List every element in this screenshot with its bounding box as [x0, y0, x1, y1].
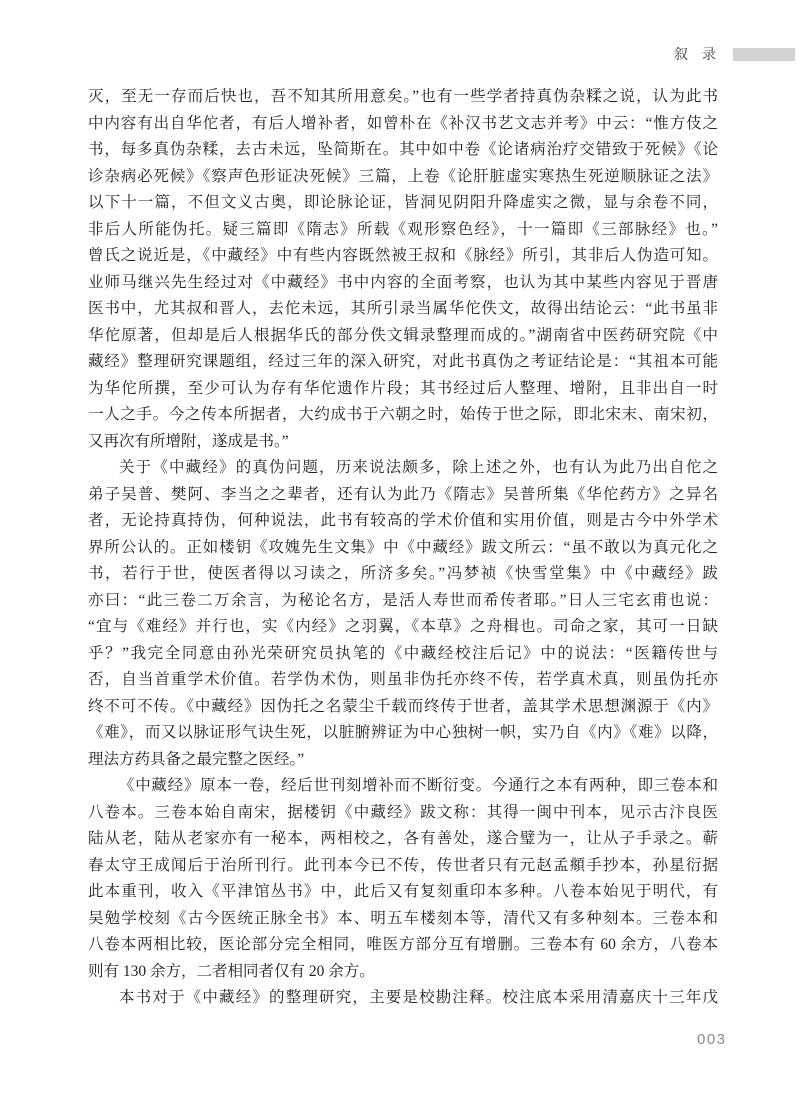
page-header: 叙 录 [674, 44, 795, 64]
text-line: 灭，至无一存而后快也，吾不知其所用意矣。”也有一些学者持真伪杂糅之说，认为此书 [88, 84, 718, 111]
text-line: 弟子吴普、樊阿、李当之之辈者，还有认为此乃《隋志》吴普所集《华佗药方》之异名 [88, 482, 718, 509]
text-line: 关于《中藏经》的真伪问题，历来说法颇多，除上述之外，也有认为此乃出自佗之 [88, 455, 718, 482]
text-line: 藏经》整理研究课题组，经过三年的深入研究，对此书真伪之考证结论是：“其祖本可能 [88, 349, 718, 376]
text-line: 非后人所能伪托。疑三篇即《隋志》所载《观形察色经》，十一篇即《三部脉经》也。” [88, 217, 718, 244]
text-line: “宜与《难经》并行也，实《内经》之羽翼，《本草》之舟楫也。司命之家，其可一日缺 [88, 614, 718, 641]
text-line: 乎？”我完全同意由孙光荣研究员执笔的《中藏经校注后记》中的说法：“医籍传世与 [88, 641, 718, 668]
text-line: 《难》，而又以脉证形气诀生死，以脏腑辨证为中心独树一帜，实乃自《内》《难》以降， [88, 720, 718, 747]
text-line: 本书对于《中藏经》的整理研究，主要是校勘注释。校注底本采用清嘉庆十三年戊 [88, 985, 718, 1012]
text-line: 陆从老，陆从老家亦有一秘本，两相校之，各有善处，遂合璧为一，让从子手录之。蕲 [88, 826, 718, 853]
text-line: 此本重刊，收入《平津馆丛书》中，此后又有复刻重印本多种。八卷本始见于明代，有 [88, 879, 718, 906]
text-line: 诊杂病必死候》《察声色形证决死候》三篇，上卷《论肝脏虚实寒热生死逆顺脉证之法》 [88, 164, 718, 191]
text-line: 吴勉学校刻《古今医统正脉全书》本、明五车楼刻本等，清代又有多种刻本。三卷本和 [88, 906, 718, 933]
text-line: 曾氏之说近是，《中藏经》中有些内容既然被王叔和《脉经》所引，其非后人伪造可知。 [88, 243, 718, 270]
text-line: 界所公认的。正如楼钥《攻媿先生文集》中《中藏经》跋文所云：“虽不敢以为真元化之 [88, 535, 718, 562]
text-line: 者，无论持真持伪，何种说法，此书有较高的学术价值和实用价值，则是古今中外学术 [88, 508, 718, 535]
text-line: 一人之手。今之传本所据者，大约成书于六朝之时，始传于世之际，即北宋末、南宋初， [88, 402, 718, 429]
page: 叙 录 灭，至无一存而后快也，吾不知其所用意矣。”也有一些学者持真伪杂糅之说，认… [0, 0, 800, 1097]
text-line: 否，自当首重学术价值。若学伪术伪，则虽非伪托亦终不传，若学真术真，则虽伪托亦 [88, 667, 718, 694]
text-line: 中内容有出自华佗者，有后人增补者，如曾朴在《补汉书艺文志并考》中云：“惟方伎之 [88, 111, 718, 138]
text-line: 理法方药具备之最完整之医经。” [88, 747, 718, 774]
text-line: 《中藏经》原本一卷，经后世刊刻增补而不断衍变。今通行之本有两种，即三卷本和 [88, 773, 718, 800]
text-line: 华佗原著，但却是后人根据华氏的部分佚文辑录整理而成的。”湖南省中医药研究院《中 [88, 323, 718, 350]
text-line: 以下十一篇，不但文义古奥，即论脉论证，皆洞见阴阳升降虚实之微，显与余卷不同， [88, 190, 718, 217]
text-line: 八卷本两相比较，医论部分完全相同，唯医方部分互有增删。三卷本有 60 余方，八卷… [88, 932, 718, 959]
text-line: 为华佗所撰，至少可认为存有华佗遗作片段；其书经过后人整理、增附，且非出自一时 [88, 376, 718, 403]
text-line: 业师马继兴先生经过对《中藏经》书中内容的全面考察，也认为其中某些内容见于晋唐 [88, 270, 718, 297]
header-title: 叙 录 [674, 44, 716, 64]
page-number: 003 [697, 1031, 727, 1048]
text-line: 亦曰：“此三卷二万余言，为秘论名方，是活人寿世而希传者耶。”日人三宅玄甫也说： [88, 588, 718, 615]
text-line: 书，每多真伪杂糅，去古未远，坠简斯在。其中如中卷《论诸病治疗交错致于死候》《论 [88, 137, 718, 164]
page-body: 灭，至无一存而后快也，吾不知其所用意矣。”也有一些学者持真伪杂糅之说，认为此书中… [88, 84, 718, 1012]
text-line: 医书中，尤其叔和晋人，去佗未远，其所引录当属华佗佚文，故得出结论云：“此书虽非 [88, 296, 718, 323]
header-accent-bar [733, 48, 795, 61]
text-line: 春太守王成闻后于治所刊行。此刊本今已不传，传世者只有元赵孟頫手抄本，孙星衍据 [88, 853, 718, 880]
text-line: 终不可不传。《中藏经》因伪托之名蒙尘千载而终传于世者，盖其学术思想渊源于《内》 [88, 694, 718, 721]
text-line: 又再次有所增附，遂成是书。” [88, 429, 718, 456]
text-line: 书，若行于世，使医者得以习读之，所济多矣。”冯梦祯《快雪堂集》中《中藏经》跋 [88, 561, 718, 588]
text-line: 则有 130 余方，二者相同者仅有 20 余方。 [88, 959, 718, 986]
text-line: 八卷本。三卷本始自南宋，据楼钥《中藏经》跋文称：其得一闽中刊本，见示古汴良医 [88, 800, 718, 827]
